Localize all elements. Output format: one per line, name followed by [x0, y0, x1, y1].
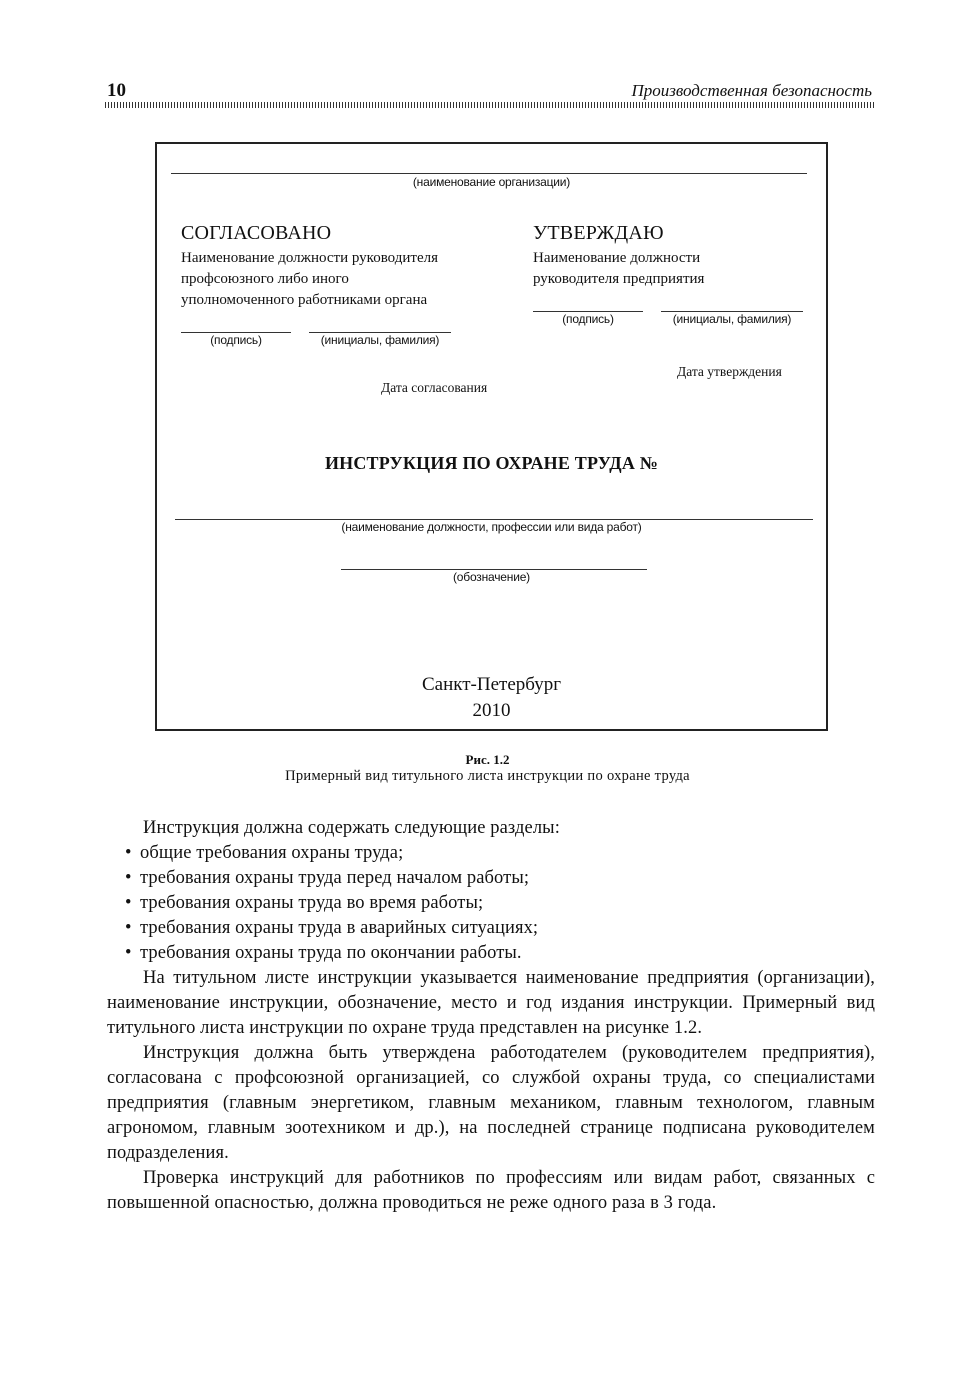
organization-line [171, 173, 807, 174]
agreed-line: уполномоченного работниками органа [181, 290, 438, 311]
list-item-text: требования охраны труда в аварийных ситу… [140, 918, 538, 938]
bullet-icon: • [125, 841, 132, 866]
bullet-icon: • [125, 891, 132, 916]
sections-list: •общие требования охраны труда; •требова… [107, 841, 875, 966]
list-item-text: требования охраны труда по окончании раб… [140, 943, 522, 963]
approved-position-text: Наименование должности руководителя пред… [533, 248, 704, 290]
bullet-icon: • [125, 866, 132, 891]
approved-line: руководителя предприятия [533, 269, 704, 290]
designation-caption: (обозначение) [157, 570, 826, 584]
figure-label: Рис. 1.2 [0, 752, 975, 768]
position-caption: (наименование должности, профессии или в… [157, 520, 826, 534]
page-number: 10 [107, 80, 126, 102]
bullet-icon: • [125, 916, 132, 941]
list-item-text: общие требования охраны труда; [140, 843, 403, 863]
organization-caption: (наименование организации) [157, 175, 826, 189]
list-item: •требования охраны труда по окончании ра… [107, 941, 875, 966]
city: Санкт-Петербург [157, 674, 826, 696]
agreed-line: профсоюзного либо иного [181, 269, 438, 290]
approved-heading: УТВЕРЖДАЮ [533, 222, 664, 245]
list-item: •требования охраны труда в аварийных сит… [107, 916, 875, 941]
list-item: •общие требования охраны труда; [107, 841, 875, 866]
body-text: Инструкция должна содержать следующие ра… [107, 816, 875, 1216]
figure-title-page-sample: (наименование организации) СОГЛАСОВАНО Н… [155, 142, 828, 731]
agreed-signature-caption: (подпись) [181, 333, 291, 347]
paragraph-review: Проверка инструкций для работников по пр… [107, 1166, 875, 1216]
approved-date-label: Дата утверждения [677, 364, 782, 380]
sections-intro: Инструкция должна содержать следующие ра… [107, 816, 875, 841]
agreed-line: Наименование должности руководителя [181, 248, 438, 269]
list-item: •требования охраны труда во время работы… [107, 891, 875, 916]
list-item-text: требования охраны труда во время работы; [140, 893, 483, 913]
agreed-name-caption: (инициалы, фамилия) [309, 333, 451, 347]
running-title: Производственная безопасность [631, 81, 872, 101]
bullet-icon: • [125, 941, 132, 966]
approved-line: Наименование должности [533, 248, 704, 269]
list-item-text: требования охраны труда перед началом ра… [140, 868, 529, 888]
header-rule [105, 102, 876, 108]
agreed-date-label: Дата согласования [381, 380, 487, 396]
agreed-position-text: Наименование должности руководителя проф… [181, 248, 438, 311]
year: 2010 [157, 700, 826, 722]
agreed-heading: СОГЛАСОВАНО [181, 222, 331, 245]
paragraph-approval: Инструкция должна быть утверждена работо… [107, 1041, 875, 1166]
paragraph-title-page: На титульном листе инструкции указываетс… [107, 966, 875, 1041]
list-item: •требования охраны труда перед началом р… [107, 866, 875, 891]
instruction-title: ИНСТРУКЦИЯ ПО ОХРАНЕ ТРУДА № [157, 453, 826, 474]
approved-name-caption: (инициалы, фамилия) [661, 312, 803, 326]
figure-caption: Примерный вид титульного листа инструкци… [0, 768, 975, 785]
approved-signature-caption: (подпись) [533, 312, 643, 326]
